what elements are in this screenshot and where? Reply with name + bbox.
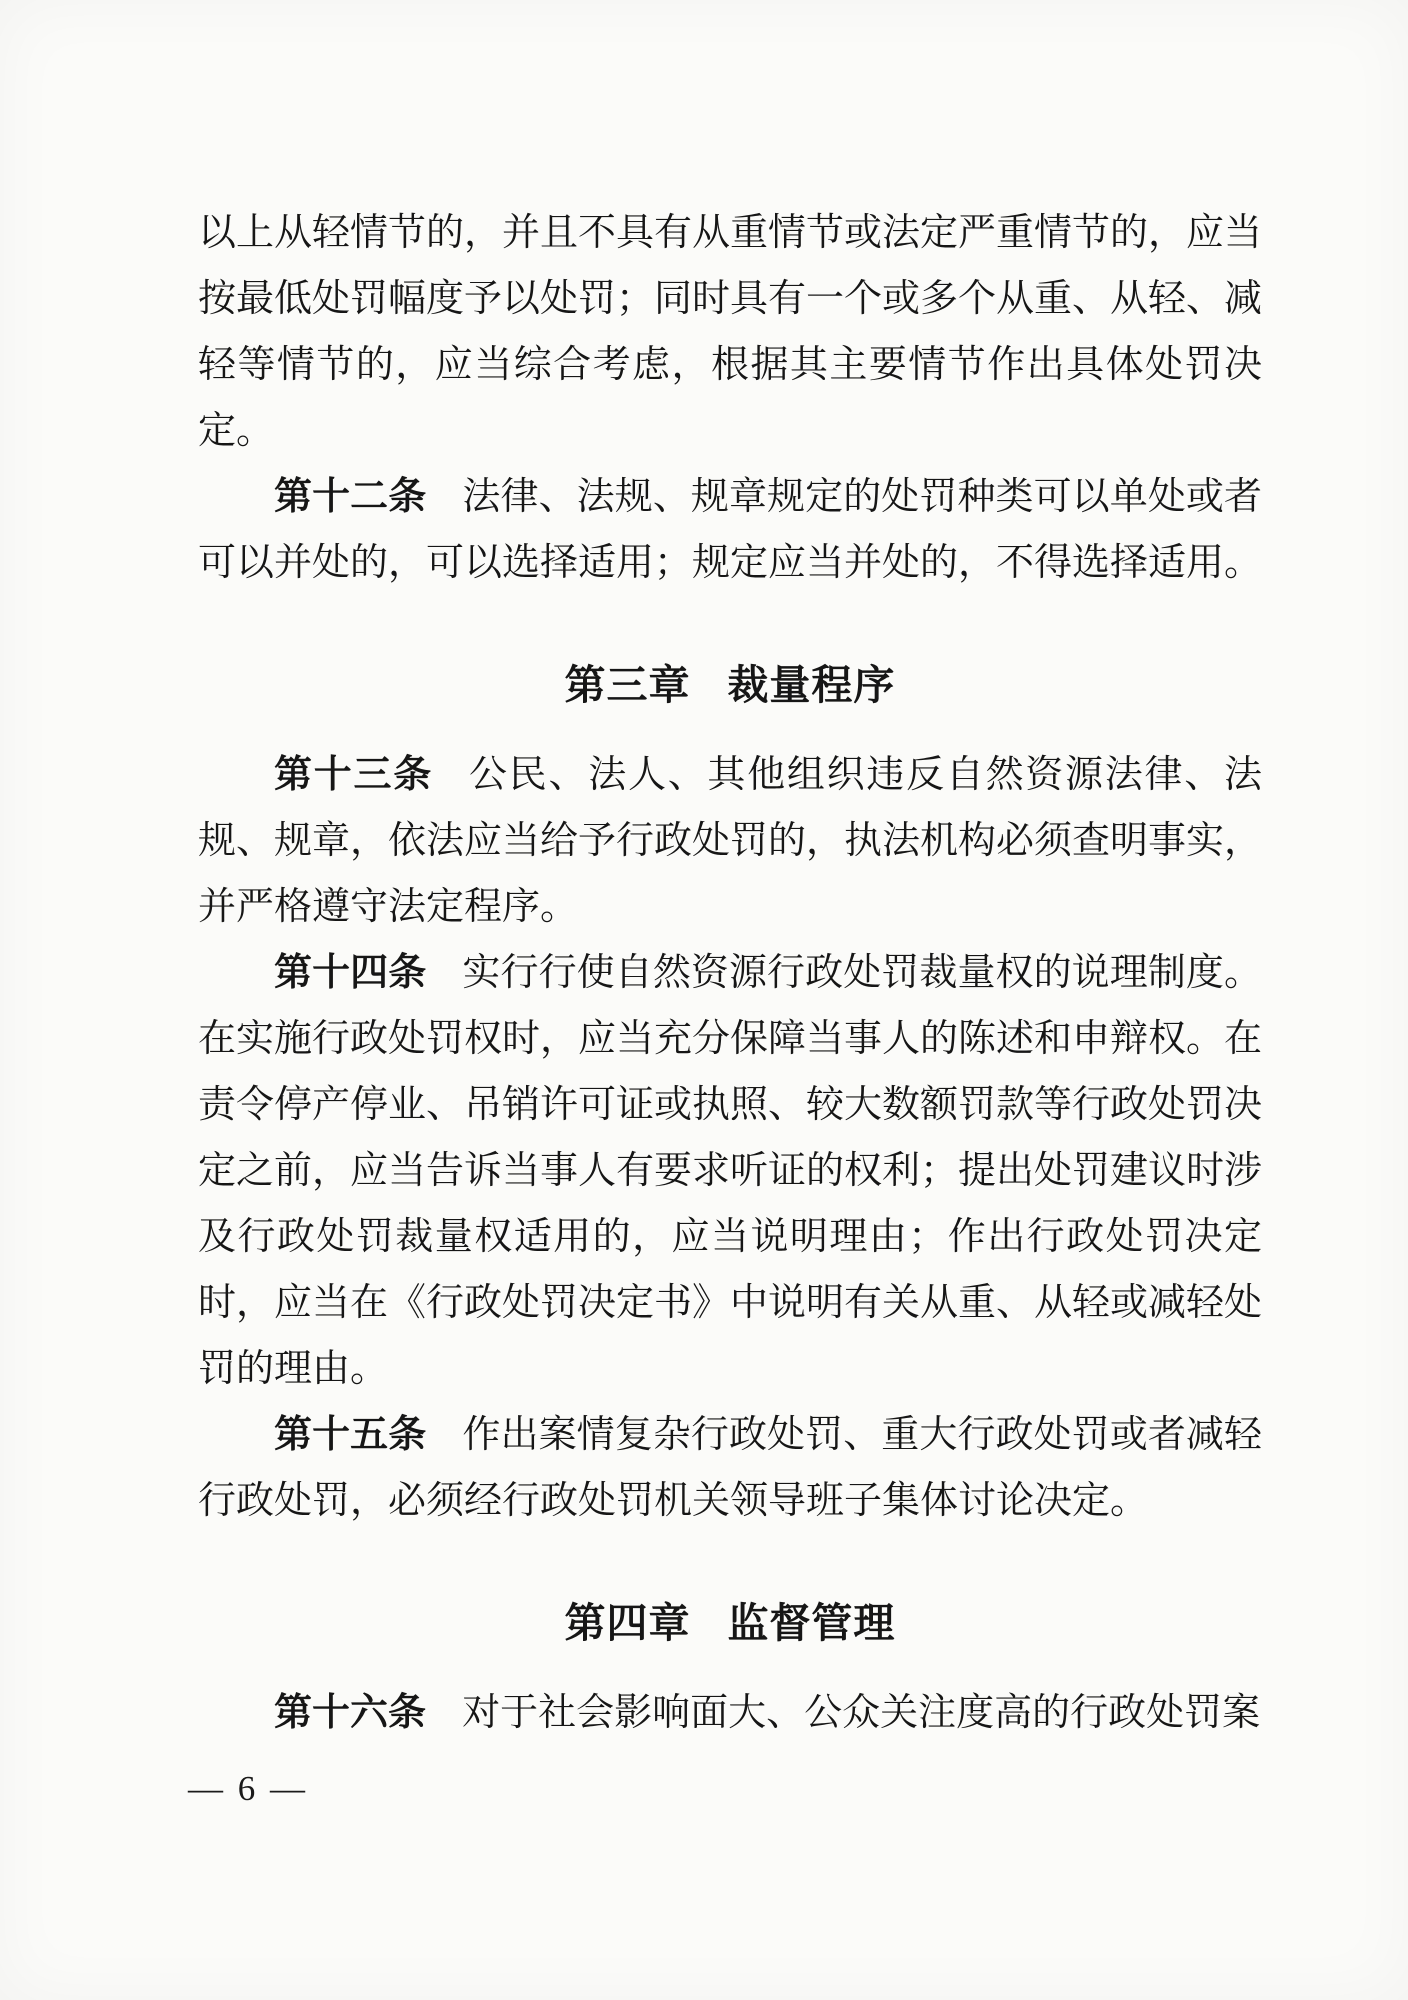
chapter-3-title: 裁量程序 [727,662,895,708]
article-14-text: 实行行使自然资源行政处罚裁量权的说理制度。在实施行政处罚权时，应当充分保障当事人… [198,952,1262,1390]
paragraph-article-15: 第十五条作出案情复杂行政处罚、重大行政处罚或者减轻行政处罚，必须经行政处罚机关领… [198,1402,1262,1534]
article-15-label: 第十五条 [274,1414,426,1456]
paragraph-article-16: 第十六条对于社会影响面大、公众关注度高的行政处罚案 [198,1680,1262,1746]
chapter-4-title: 监督管理 [727,1600,895,1646]
article-16-label: 第十六条 [274,1692,426,1734]
chapter-4-number: 第四章 [565,1600,691,1646]
document-body: 以上从轻情节的，并且不具有从重情节或法定严重情节的，应当按最低处罚幅度予以处罚；… [198,200,1262,1746]
article-14-label: 第十四条 [274,952,426,994]
chapter-3-number: 第三章 [565,662,691,708]
paragraph-continuation: 以上从轻情节的，并且不具有从重情节或法定严重情节的，应当按最低处罚幅度予以处罚；… [198,200,1262,464]
article-12-label: 第十二条 [274,476,426,518]
chapter-3-heading: 第三章裁量程序 [198,652,1262,718]
document-page: 以上从轻情节的，并且不具有从重情节或法定严重情节的，应当按最低处罚幅度予以处罚；… [0,0,1408,2000]
paragraph-article-14: 第十四条实行行使自然资源行政处罚裁量权的说理制度。在实施行政处罚权时，应当充分保… [198,940,1262,1402]
chapter-4-heading: 第四章监督管理 [198,1590,1262,1656]
article-16-text: 对于社会影响面大、公众关注度高的行政处罚案 [462,1692,1260,1734]
paragraph-article-12: 第十二条法律、法规、规章规定的处罚种类可以单处或者可以并处的，可以选择适用；规定… [198,464,1262,596]
page-number: — 6 — [188,1768,308,1810]
paragraph-article-13: 第十三条公民、法人、其他组织违反自然资源法律、法规、规章，依法应当给予行政处罚的… [198,742,1262,940]
article-13-label: 第十三条 [274,754,433,796]
